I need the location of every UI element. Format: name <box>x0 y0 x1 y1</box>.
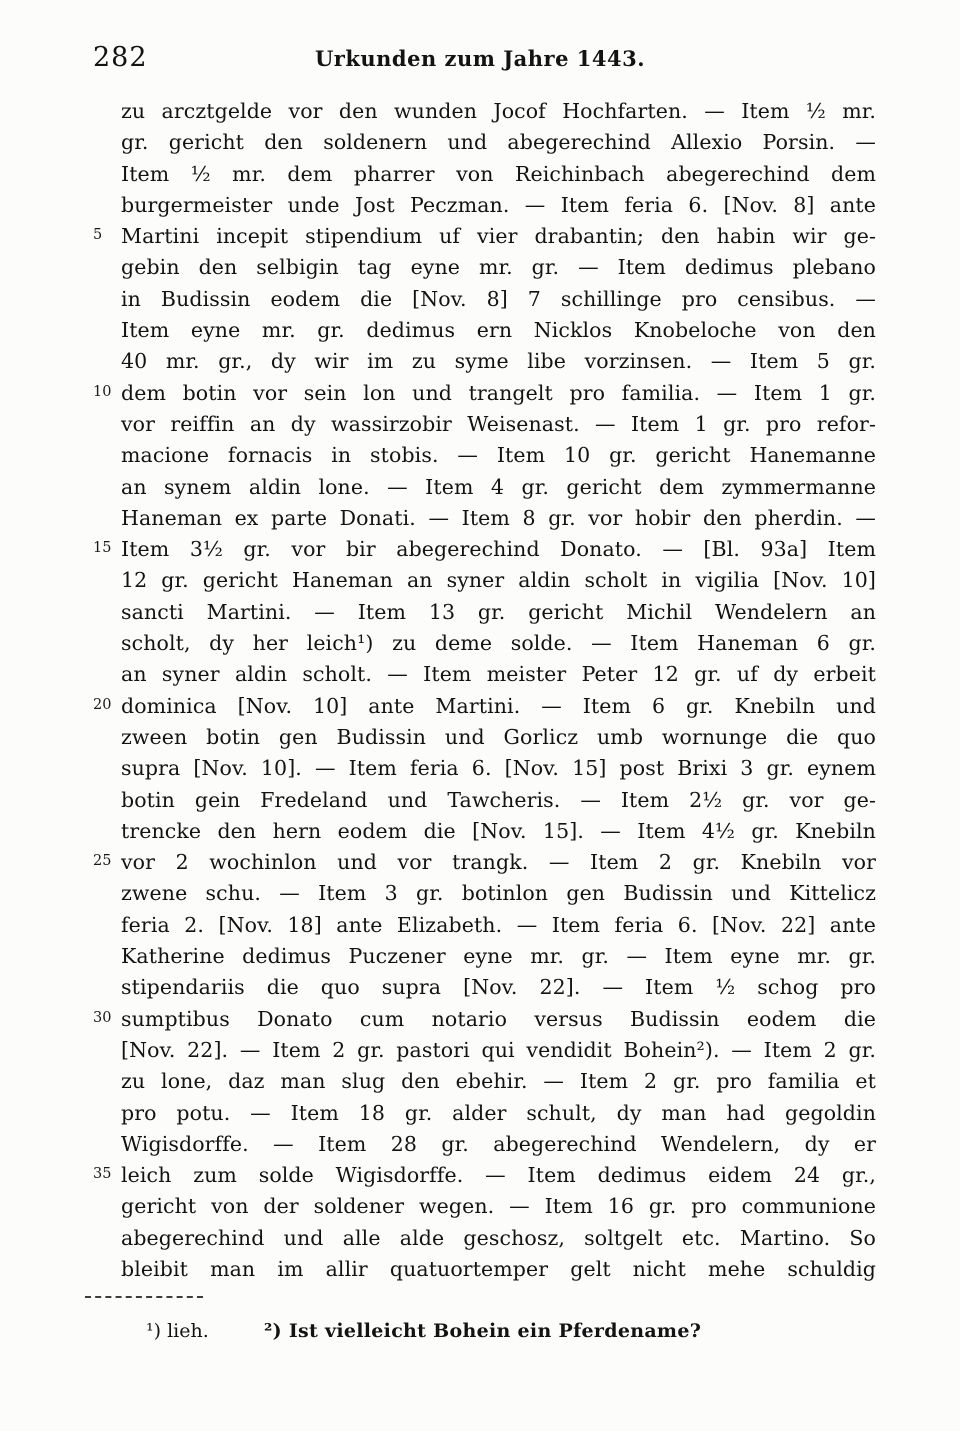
text-line: [Nov. 22]. — Item 2 gr. pastori qui vend… <box>121 1035 876 1066</box>
text-line-content: Wigisdorffe. — Item 28 gr. abegerechind … <box>121 1129 876 1160</box>
page-header: 282 Urkunden zum Jahre 1443. <box>0 40 960 80</box>
text-line: 5 Martini incepit stipendium uf vier dra… <box>121 221 876 252</box>
text-line: an syner aldin scholt. — Item meister Pe… <box>121 659 876 690</box>
text-line: feria 2. [Nov. 18] ante Elizabeth. — Ite… <box>121 910 876 941</box>
margin-line-number: 35 <box>93 1167 111 1182</box>
text-line-content: an synem aldin lone. — Item 4 gr. gerich… <box>121 472 876 503</box>
text-line: gr. gericht den soldenern und abegerechi… <box>121 127 876 158</box>
text-line: botin gein Fredeland und Tawcheris. — It… <box>121 785 876 816</box>
text-line-content: 12 gr. gericht Haneman an syner aldin sc… <box>121 565 876 596</box>
text-line: vor reiffin an dy wassirzobir Weisenast.… <box>121 409 876 440</box>
text-line-content: supra [Nov. 10]. — Item feria 6. [Nov. 1… <box>121 753 876 784</box>
text-line: scholt, dy her leich¹) zu deme solde. — … <box>121 628 876 659</box>
footnotes: ¹) lieh. ²) Ist vielleicht Bohein ein Pf… <box>0 1316 960 1350</box>
text-line: gebin den selbigin tag eyne mr. gr. — It… <box>121 252 876 283</box>
text-line-content: pro potu. — Item 18 gr. alder schult, dy… <box>121 1098 876 1129</box>
text-line-content: zwene schu. — Item 3 gr. botinlon gen Bu… <box>121 878 876 909</box>
text-line-content: Item ½ mr. dem pharrer von Reichinbach a… <box>121 159 876 190</box>
text-line-content: feria 2. [Nov. 18] ante Elizabeth. — Ite… <box>121 910 876 941</box>
text-line: burgermeister unde Jost Peczman. — Item … <box>121 190 876 221</box>
text-line-content: Katherine dedimus Puczener eyne mr. gr. … <box>121 941 876 972</box>
text-line: Item eyne mr. gr. dedimus ern Nicklos Kn… <box>121 315 876 346</box>
margin-line-number: 5 <box>93 228 102 243</box>
text-line-content: sancti Martini. — Item 13 gr. gericht Mi… <box>121 597 876 628</box>
footnote-1: ¹) lieh. <box>146 1320 209 1342</box>
text-line-content: in Budissin eodem die [Nov. 8] 7 schilli… <box>121 284 876 315</box>
running-title: Urkunden zum Jahre 1443. <box>0 46 960 71</box>
text-line: Item ½ mr. dem pharrer von Reichinbach a… <box>121 159 876 190</box>
text-line: zu arcztgelde vor den wunden Jocof Hochf… <box>121 96 876 127</box>
text-line: 35 leich zum solde Wigisdorffe. — Item d… <box>121 1160 876 1191</box>
margin-line-number: 25 <box>93 854 111 869</box>
text-line-content: vor 2 wochinlon und vor trangk. — Item 2… <box>121 847 876 878</box>
margin-line-number: 30 <box>93 1011 111 1026</box>
text-line: trencke den hern eodem die [Nov. 15]. — … <box>121 816 876 847</box>
text-line-content: burgermeister unde Jost Peczman. — Item … <box>121 190 876 221</box>
text-line: 10 dem botin vor sein lon und trangelt p… <box>121 378 876 409</box>
text-line-content: Item eyne mr. gr. dedimus ern Nicklos Kn… <box>121 315 876 346</box>
text-line-content: gr. gericht den soldenern und abegerechi… <box>121 127 876 158</box>
margin-line-number: 20 <box>93 698 111 713</box>
text-line: macione fornacis in stobis. — Item 10 gr… <box>121 440 876 471</box>
text-line: in Budissin eodem die [Nov. 8] 7 schilli… <box>121 284 876 315</box>
margin-line-number: 15 <box>93 541 111 556</box>
text-line-content: leich zum solde Wigisdorffe. — Item dedi… <box>121 1160 876 1191</box>
text-block: zu arcztgelde vor den wunden Jocof Hochf… <box>121 96 876 1285</box>
text-line-content: trencke den hern eodem die [Nov. 15]. — … <box>121 816 876 847</box>
text-line-content: gericht von der soldener wegen. — Item 1… <box>121 1191 876 1222</box>
text-line: zu lone, daz man slug den ebehir. — Item… <box>121 1066 876 1097</box>
text-line: 25 vor 2 wochinlon und vor trangk. — Ite… <box>121 847 876 878</box>
text-line-content: Item 3½ gr. vor bir abegerechind Donato.… <box>121 534 876 565</box>
text-line: 40 mr. gr., dy wir im zu syme libe vorzi… <box>121 346 876 377</box>
text-line: pro potu. — Item 18 gr. alder schult, dy… <box>121 1098 876 1129</box>
text-line: sancti Martini. — Item 13 gr. gericht Mi… <box>121 597 876 628</box>
book-page: 282 Urkunden zum Jahre 1443. zu arcztgel… <box>0 0 960 1431</box>
text-line: zween botin gen Budissin und Gorlicz umb… <box>121 722 876 753</box>
text-line-content: scholt, dy her leich¹) zu deme solde. — … <box>121 628 876 659</box>
text-line: stipendariis die quo supra [Nov. 22]. — … <box>121 972 876 1003</box>
text-line-content: abegerechind und alle alde geschosz, sol… <box>121 1223 876 1254</box>
text-line: gericht von der soldener wegen. — Item 1… <box>121 1191 876 1222</box>
text-line-content: macione fornacis in stobis. — Item 10 gr… <box>121 440 876 471</box>
text-line-content: 40 mr. gr., dy wir im zu syme libe vorzi… <box>121 346 876 377</box>
text-line-content: an syner aldin scholt. — Item meister Pe… <box>121 659 876 690</box>
text-line-content: sumptibus Donato cum notario versus Budi… <box>121 1004 876 1035</box>
text-line: Haneman ex parte Donati. — Item 8 gr. vo… <box>121 503 876 534</box>
text-line-content: dem botin vor sein lon und trangelt pro … <box>121 378 876 409</box>
text-line-content: Haneman ex parte Donati. — Item 8 gr. vo… <box>121 503 876 534</box>
text-line-content: gebin den selbigin tag eyne mr. gr. — It… <box>121 252 876 283</box>
text-line: 12 gr. gericht Haneman an syner aldin sc… <box>121 565 876 596</box>
text-line-content: bleibit man im allir quatuortemper gelt … <box>121 1254 876 1285</box>
text-line: 20 dominica [Nov. 10] ante Martini. — It… <box>121 691 876 722</box>
text-line: abegerechind und alle alde geschosz, sol… <box>121 1223 876 1254</box>
text-line: an synem aldin lone. — Item 4 gr. gerich… <box>121 472 876 503</box>
text-line: supra [Nov. 10]. — Item feria 6. [Nov. 1… <box>121 753 876 784</box>
footnote-2: ²) Ist vielleicht Bohein ein Pferdename? <box>264 1320 701 1342</box>
text-line: Wigisdorffe. — Item 28 gr. abegerechind … <box>121 1129 876 1160</box>
text-line-content: zu arcztgelde vor den wunden Jocof Hochf… <box>121 96 876 127</box>
text-line-content: vor reiffin an dy wassirzobir Weisenast.… <box>121 409 876 440</box>
footnote-separator <box>85 1296 203 1298</box>
text-line-content: zu lone, daz man slug den ebehir. — Item… <box>121 1066 876 1097</box>
text-line: zwene schu. — Item 3 gr. botinlon gen Bu… <box>121 878 876 909</box>
text-line-content: stipendariis die quo supra [Nov. 22]. — … <box>121 972 876 1003</box>
text-line-content: dominica [Nov. 10] ante Martini. — Item … <box>121 691 876 722</box>
margin-line-number: 10 <box>93 385 111 400</box>
text-line: 15 Item 3½ gr. vor bir abegerechind Dona… <box>121 534 876 565</box>
text-line-content: zween botin gen Budissin und Gorlicz umb… <box>121 722 876 753</box>
text-line-content: [Nov. 22]. — Item 2 gr. pastori qui vend… <box>121 1035 876 1066</box>
text-line: 30 sumptibus Donato cum notario versus B… <box>121 1004 876 1035</box>
text-line-content: Martini incepit stipendium uf vier draba… <box>121 221 876 252</box>
text-line: Katherine dedimus Puczener eyne mr. gr. … <box>121 941 876 972</box>
text-line: bleibit man im allir quatuortemper gelt … <box>121 1254 876 1285</box>
text-line-content: botin gein Fredeland und Tawcheris. — It… <box>121 785 876 816</box>
